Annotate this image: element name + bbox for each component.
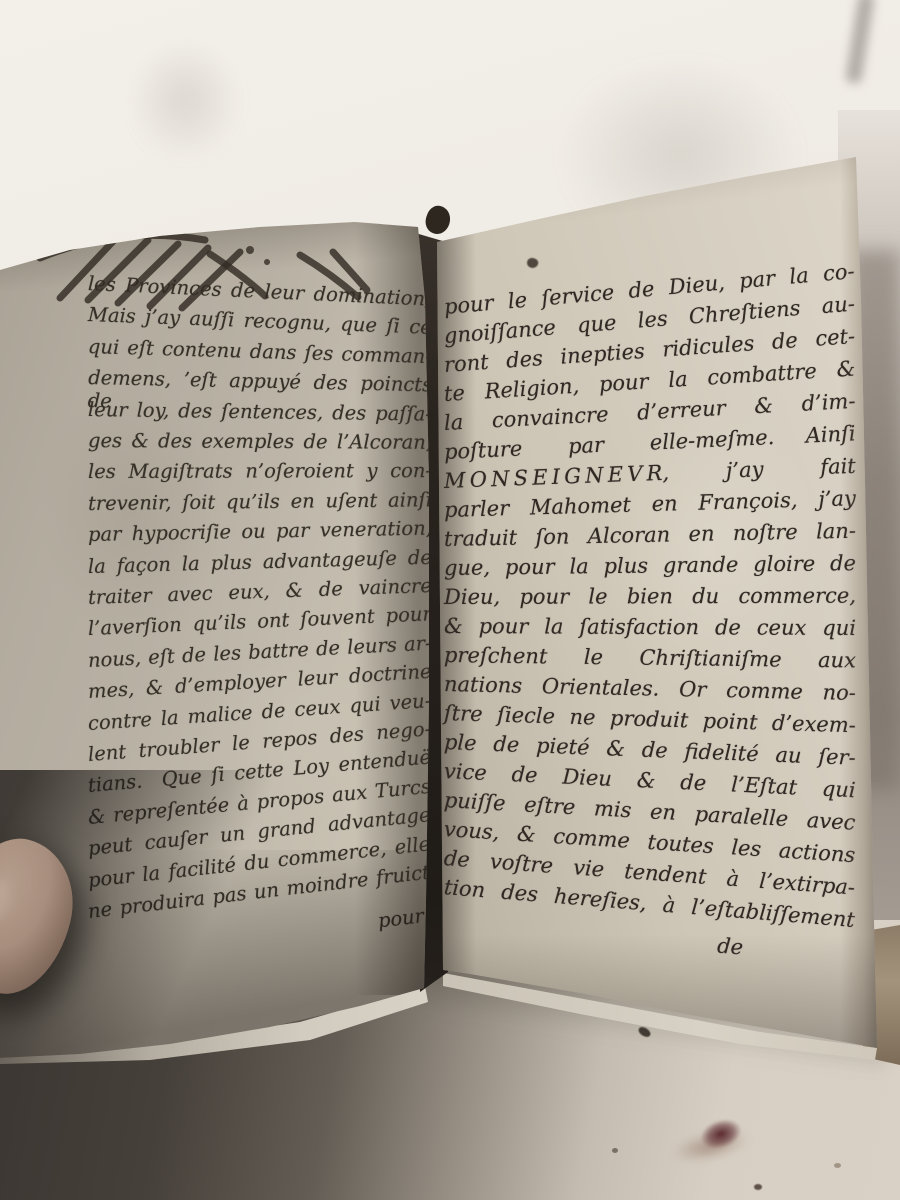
- text-line: les Magiſtrats n’oſeroient y con-: [88, 459, 432, 483]
- photo-of-open-book: { "book": { "left_page": { "lines": [ "l…: [0, 0, 900, 1200]
- text-line: qui eſt contenu dans ſes comman-: [88, 335, 433, 368]
- text-line: par hypocriſie ou par veneration,: [88, 517, 432, 546]
- text-line: traduit ſon Alcoran en noſtre lan-: [444, 519, 856, 551]
- text-line: leur loy, des ſentences, des paſſa-: [88, 398, 432, 426]
- text-line: trevenir, ſoit qu’ils en uſent ainſi: [88, 488, 432, 515]
- text-line: Dieu, pour le bien du commerce,: [444, 584, 856, 609]
- text-line: la façon la plus advantageuſe de: [88, 545, 432, 577]
- right-page-text: pour le ſervice de Dieu, par la co-gnoiſ…: [444, 295, 856, 935]
- table-speck: [834, 1163, 841, 1168]
- text-line: nations Orientales. Or comme no-: [444, 672, 856, 705]
- text-line: preſchent le Chriſtianiſme aux: [444, 643, 856, 672]
- text-line: ges & des exemples de l’Alcoran,: [88, 429, 432, 454]
- thumbnail-highlight: [0, 875, 14, 926]
- text-line: gue, pour la plus grande gloire de: [444, 551, 856, 580]
- table-speck: [612, 1148, 618, 1153]
- table-speck: [754, 1184, 762, 1190]
- text-line: parler Mahomet en François, j’ay: [444, 486, 857, 522]
- background-smudge: [130, 40, 240, 160]
- text-line: & pour la ſatisfaction de ceux qui: [444, 614, 856, 640]
